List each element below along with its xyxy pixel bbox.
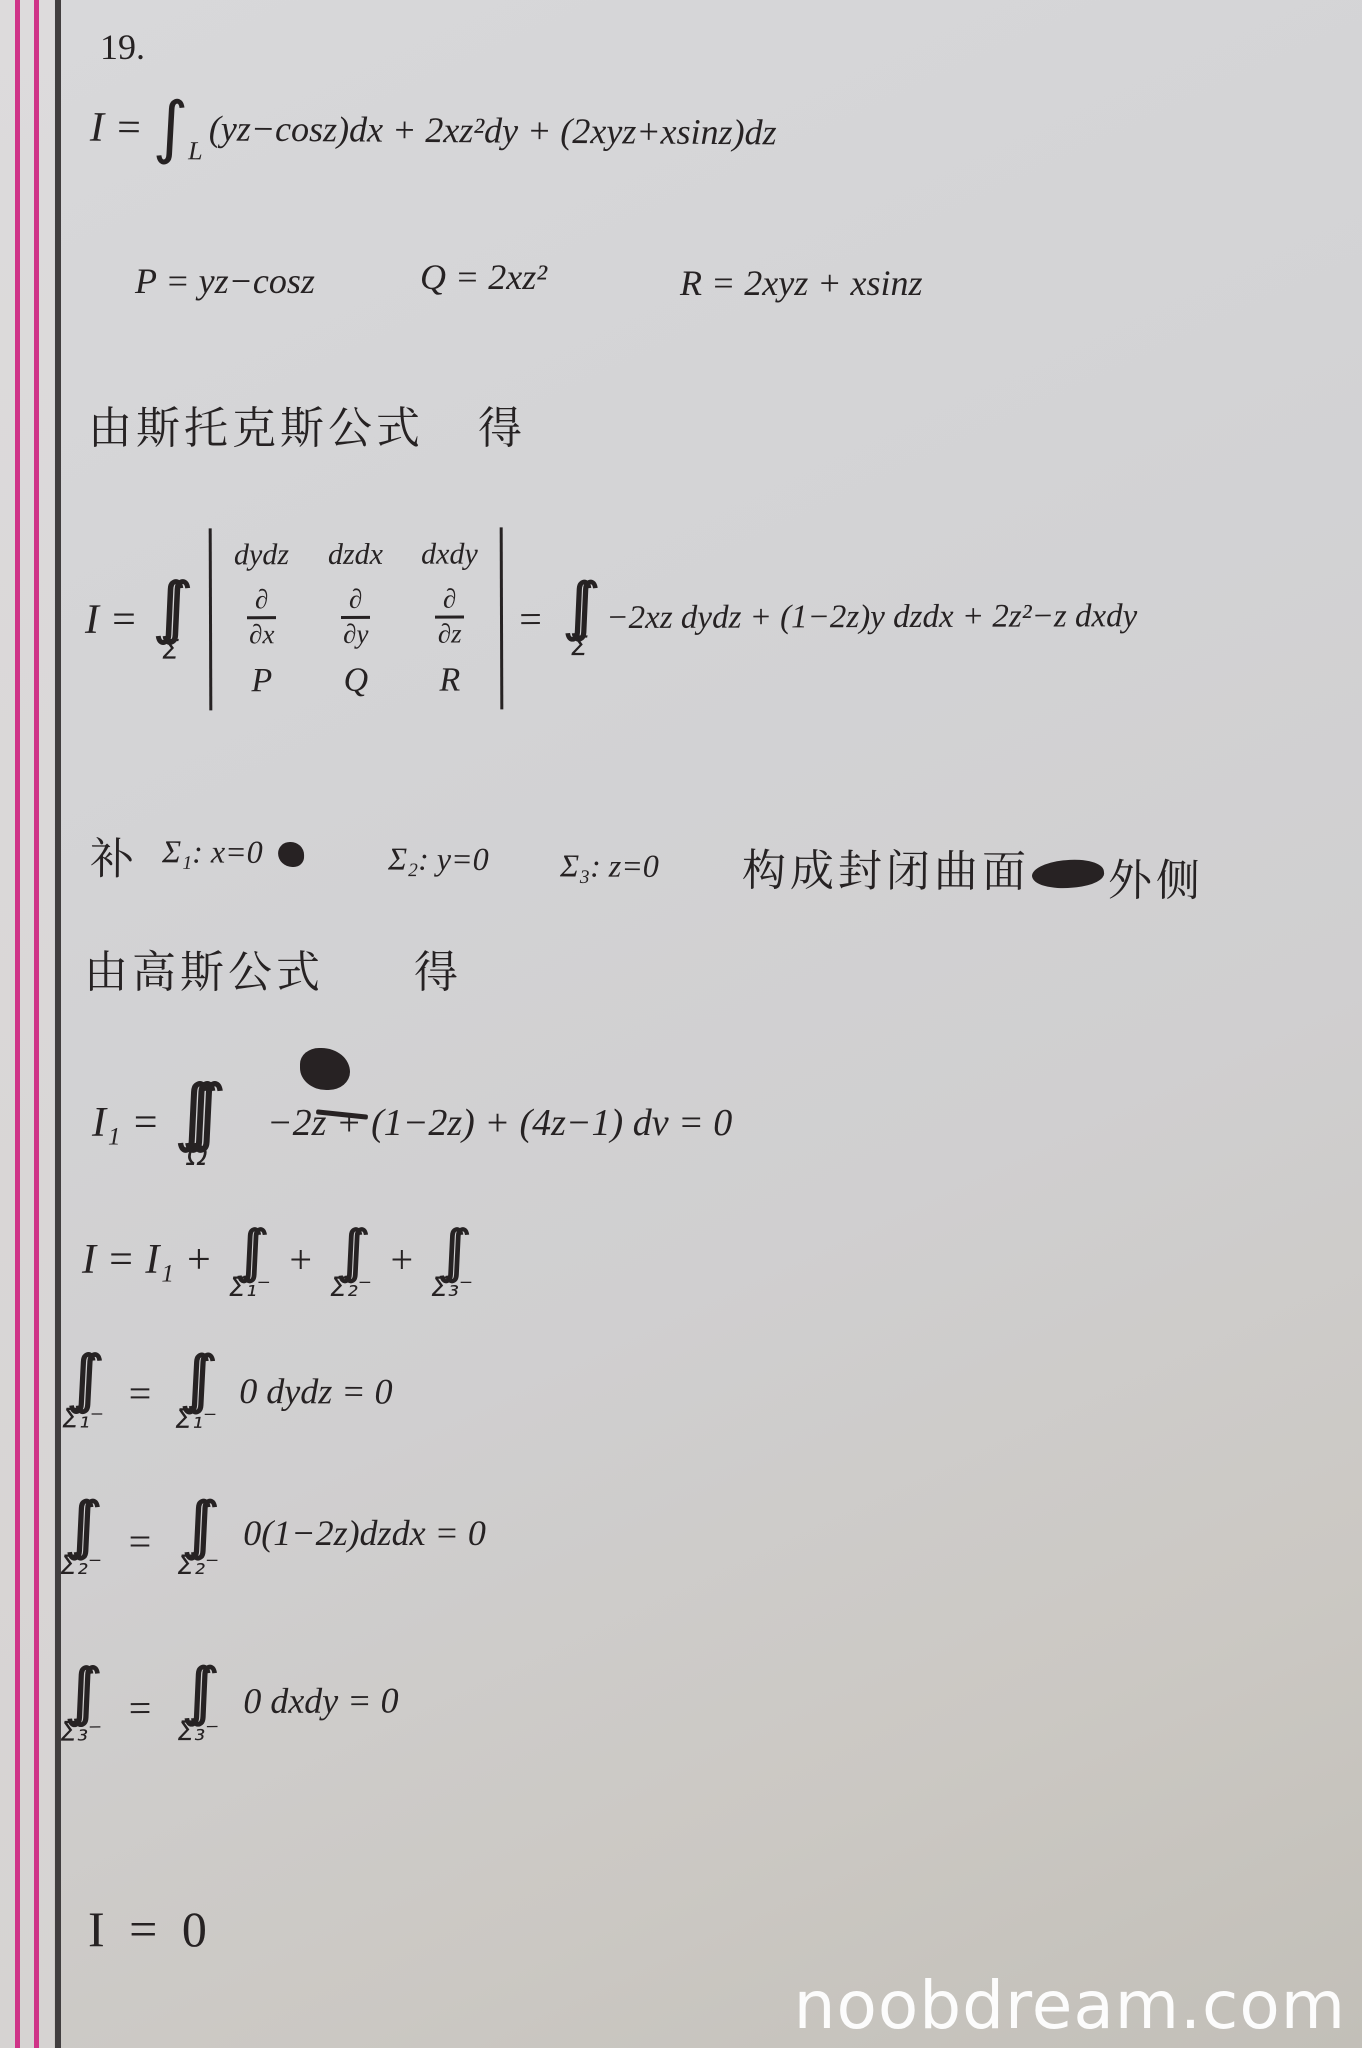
lhs-integral: ∫∫ Σ₂⁻	[60, 1494, 102, 1581]
pqr-definitions: P = yz−cosz Q = 2xz² R = 2xyz + xsinz	[0, 252, 1362, 322]
lhs-integral: ∫∫ Σ₃⁻	[60, 1660, 102, 1747]
partial-numerator: ∂	[435, 584, 464, 618]
double-integral-glyph: ∫∫	[179, 1348, 192, 1412]
surface-integral-sigma3: ∫∫ Σ₃⁻	[431, 1222, 473, 1303]
lhs-integral: ∫∫ Σ₁⁻	[62, 1347, 104, 1434]
double-integral-glyph: ∫∫	[562, 575, 575, 639]
omega-subscript: Ω	[187, 1141, 208, 1172]
gauss-text-main: 由高斯公式	[84, 936, 324, 1000]
equals-sign: =	[126, 1518, 153, 1565]
decompose-lhs: I = I₁ +	[82, 1236, 213, 1284]
sigma2-integral-line: ∫∫ Σ₂⁻ = ∫∫ Σ₂⁻ 0(1−2z)dzdx = 0	[60, 1494, 486, 1581]
double-integral-glyph: ∫∫	[152, 574, 166, 642]
partial-x-fraction: ∂ ∂x	[230, 585, 294, 650]
gauss-equation-line: I₁ = ∫∫∫ Ω −2z + (1−2z) + (4z−1) dv = 0	[92, 1058, 732, 1188]
sigma1-minus-subscript: Σ₁⁻	[175, 1404, 217, 1435]
partial-numerator: ∂	[341, 584, 370, 618]
double-integral-glyph: ∫∫	[64, 1661, 77, 1725]
q-definition: Q = 2xz²	[420, 256, 547, 298]
i1-lhs: I₁ =	[92, 1099, 159, 1147]
sigma1-minus-subscript: Σ₁⁻	[62, 1403, 104, 1434]
partial-y-fraction: ∂ ∂y	[324, 584, 388, 649]
determinant-row-partials: ∂ ∂x ∂ ∂y ∂ ∂z	[230, 584, 482, 650]
det-cell: dxdy	[417, 538, 481, 572]
sigma3-minus-subscript: Σ₃⁻	[177, 1716, 219, 1747]
equals-sign: =	[126, 1370, 153, 1417]
det-cell: P	[230, 662, 294, 700]
gauss-text-got: 得	[414, 936, 462, 1000]
curve-integral-sign: ∫ L	[153, 94, 183, 162]
det-rhs-expression: −2xz dydz + (1−2z)y dzdx + 2z²−z dxdy	[606, 598, 1137, 637]
sigma-subscript: Σ	[162, 634, 179, 665]
double-integral-glyph: ∫∫	[181, 1494, 194, 1558]
equals-sign: =	[126, 1684, 153, 1731]
closed-surface-note: 构成封闭曲面	[742, 834, 1030, 900]
sigma-subscript: Σ	[571, 631, 588, 662]
sigma2-expression: 0(1−2z)dzdx = 0	[243, 1512, 486, 1554]
double-integral-glyph: ∫∫	[66, 1347, 79, 1411]
rhs-integral: ∫∫ Σ₃⁻	[177, 1660, 219, 1747]
rhs-integral: ∫∫ Σ₁⁻	[175, 1348, 217, 1435]
line-integral-equation: I = ∫ L (yz−cosz)dx + 2xz²dy + (2xyz+xsi…	[90, 78, 777, 183]
line1-expression: (yz−cosz)dx + 2xz²dy + (2xyz+xsinz)dz	[209, 107, 777, 153]
sigma2-minus-subscript: Σ₂⁻	[177, 1550, 219, 1581]
sigma2-minus-subscript: Σ₂⁻	[330, 1272, 372, 1303]
p-definition: P = yz−cosz	[135, 260, 315, 302]
sigma2-minus-subscript: Σ₂⁻	[60, 1550, 102, 1581]
surface-integral-sigma2: ∫∫ Σ₂⁻	[330, 1222, 372, 1303]
triple-integral-glyph: ∫∫∫	[173, 1075, 195, 1149]
decomposition-line: I = I₁ + ∫∫ Σ₁⁻ + ∫∫ Σ₂⁻ + ∫∫ Σ₃⁻	[82, 1222, 473, 1303]
triple-integral-sign: ∫∫∫ Ω	[173, 1075, 221, 1172]
stokes-determinant-equation: I = ∫∫ Σ dydz dzdx dxdy ∂ ∂x ∂ ∂y	[85, 486, 1138, 750]
problem-number: 19.	[100, 26, 145, 68]
gauss-formula-text: 由高斯公式 得	[84, 936, 462, 1000]
bu-label: 补	[90, 823, 138, 887]
jacobian-determinant: dydz dzdx dxdy ∂ ∂x ∂ ∂y ∂ ∂z P	[208, 528, 503, 710]
auxiliary-surfaces-line: 补 Σ₁: x=0 Σ₂: y=0 Σ₃: z=0 构成封闭曲面 外侧	[0, 816, 1362, 923]
det-cell: dzdx	[323, 538, 387, 572]
i1-expression: −2z + (1−2z) + (4z−1) dv = 0	[267, 1101, 732, 1145]
det-equals: =	[517, 595, 544, 642]
sigma3-integral-line: ∫∫ Σ₃⁻ = ∫∫ Σ₃⁻ 0 dxdy = 0	[60, 1659, 399, 1747]
sigma3-minus-subscript: Σ₃⁻	[431, 1272, 473, 1303]
det-cell: Q	[324, 661, 388, 699]
ink-scribble	[278, 842, 304, 867]
sigma2-definition: Σ₂: y=0	[388, 840, 489, 878]
partial-denominator: ∂y	[343, 618, 368, 649]
sigma1-minus-subscript: Σ₁⁻	[229, 1272, 271, 1303]
surface-integral-sign-2: ∫∫ Σ	[562, 575, 597, 662]
determinant-row-differentials: dydz dzdx dxdy	[229, 538, 481, 573]
partial-denominator: ∂x	[249, 619, 274, 650]
stokes-text-got: 得	[478, 392, 526, 456]
final-result: I = 0	[88, 1900, 213, 1958]
double-integral-glyph: ∫∫	[64, 1494, 77, 1558]
sigma1-expression: 0 dydz = 0	[239, 1370, 392, 1413]
stokes-text-main: 由斯托克斯公式	[88, 392, 424, 456]
determinant-row-pqr: P Q R	[230, 661, 482, 700]
det-cell: R	[418, 661, 482, 699]
partial-denominator: ∂z	[438, 618, 462, 649]
partial-numerator: ∂	[247, 585, 276, 619]
line1-lhs: I =	[90, 104, 143, 152]
double-integral-glyph: ∫∫	[181, 1660, 194, 1724]
integral-glyph: ∫	[153, 94, 160, 162]
det-cell: dydz	[229, 539, 293, 573]
sigma3-expression: 0 dxdy = 0	[243, 1679, 398, 1722]
sigma1-integral-line: ∫∫ Σ₁⁻ = ∫∫ Σ₁⁻ 0 dydz = 0	[62, 1347, 393, 1435]
sigma1-definition: Σ₁: x=0	[162, 833, 263, 871]
r-definition: R = 2xyz + xsinz	[680, 262, 923, 304]
surface-integral-sigma1: ∫∫ Σ₁⁻	[229, 1222, 271, 1303]
stokes-formula-text: 由斯托克斯公式 得	[88, 392, 526, 456]
rhs-integral: ∫∫ Σ₂⁻	[177, 1494, 219, 1581]
ink-scribble	[1031, 857, 1105, 892]
det-lhs: I =	[85, 596, 138, 644]
integral-subscript-L: L	[188, 136, 203, 166]
ink-scribble	[300, 1048, 350, 1090]
sigma3-minus-subscript: Σ₃⁻	[60, 1716, 102, 1747]
outer-side-note: 外侧	[1108, 844, 1204, 909]
watermark: noobdream.com	[794, 1967, 1346, 2044]
plus-sign: +	[287, 1236, 314, 1283]
notebook-page: 19. I = ∫ L (yz−cosz)dx + 2xz²dy + (2xyz…	[0, 0, 1362, 2048]
surface-integral-sign: ∫∫ Σ	[152, 574, 189, 665]
sigma3-definition: Σ₃: z=0	[560, 847, 659, 885]
partial-z-fraction: ∂ ∂z	[418, 584, 482, 649]
plus-sign: +	[388, 1236, 415, 1283]
